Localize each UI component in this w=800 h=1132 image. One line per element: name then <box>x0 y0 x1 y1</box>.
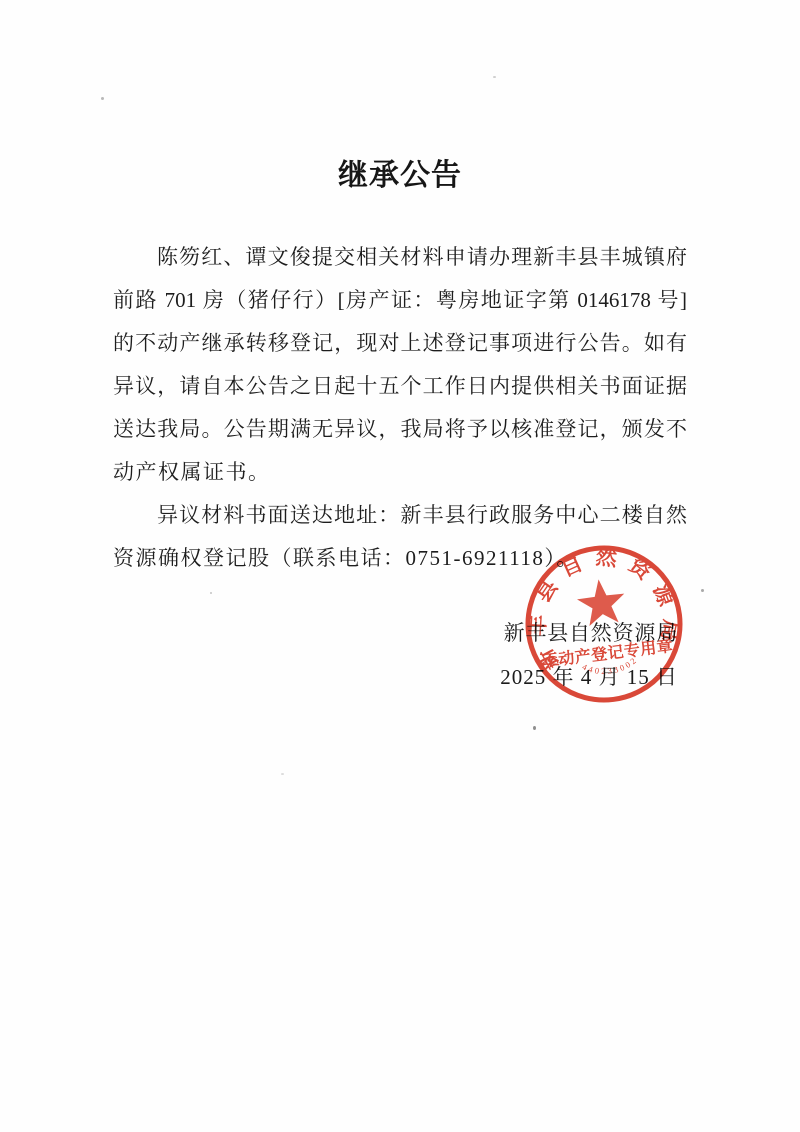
body-line: 的不动产继承转移登记，现对上述登记事项进行公告。如有 <box>113 322 687 365</box>
body-line: 异议材料书面送达地址：新丰县行政服务中心二楼自然 <box>113 494 687 537</box>
issuer-name: 新丰县自然资源局 <box>504 620 678 646</box>
announcement-body: 陈笏红、谭文俊提交相关材料申请办理新丰县丰城镇府 前路 701 房（猪仔行）[房… <box>113 236 687 580</box>
page-title: 继承公告 <box>0 150 800 194</box>
scan-speck <box>281 773 284 775</box>
body-line: 异议，请自本公告之日起十五个工作日内提供相关书面证据 <box>113 365 687 408</box>
scan-speck <box>701 589 704 592</box>
scan-speck <box>101 97 104 100</box>
scan-speck <box>210 592 212 594</box>
body-line: 陈笏红、谭文俊提交相关材料申请办理新丰县丰城镇府 <box>113 236 687 279</box>
issue-date: 2025 年 4 月 15 日 <box>500 664 678 690</box>
scan-speck <box>493 76 496 78</box>
body-line: 前路 701 房（猪仔行）[房产证：粤房地证字第 0146178 号] <box>113 279 687 322</box>
body-line: 送达我局。公告期满无异议，我局将予以核准登记，颁发不 <box>113 408 687 451</box>
scan-speck <box>533 726 536 730</box>
body-line: 动产权属证书。 <box>113 451 687 494</box>
scanned-document-page: 继承公告 陈笏红、谭文俊提交相关材料申请办理新丰县丰城镇府 前路 701 房（猪… <box>0 0 800 1132</box>
body-line: 资源确权登记股（联系电话：0751-6921118）。 <box>113 537 687 580</box>
